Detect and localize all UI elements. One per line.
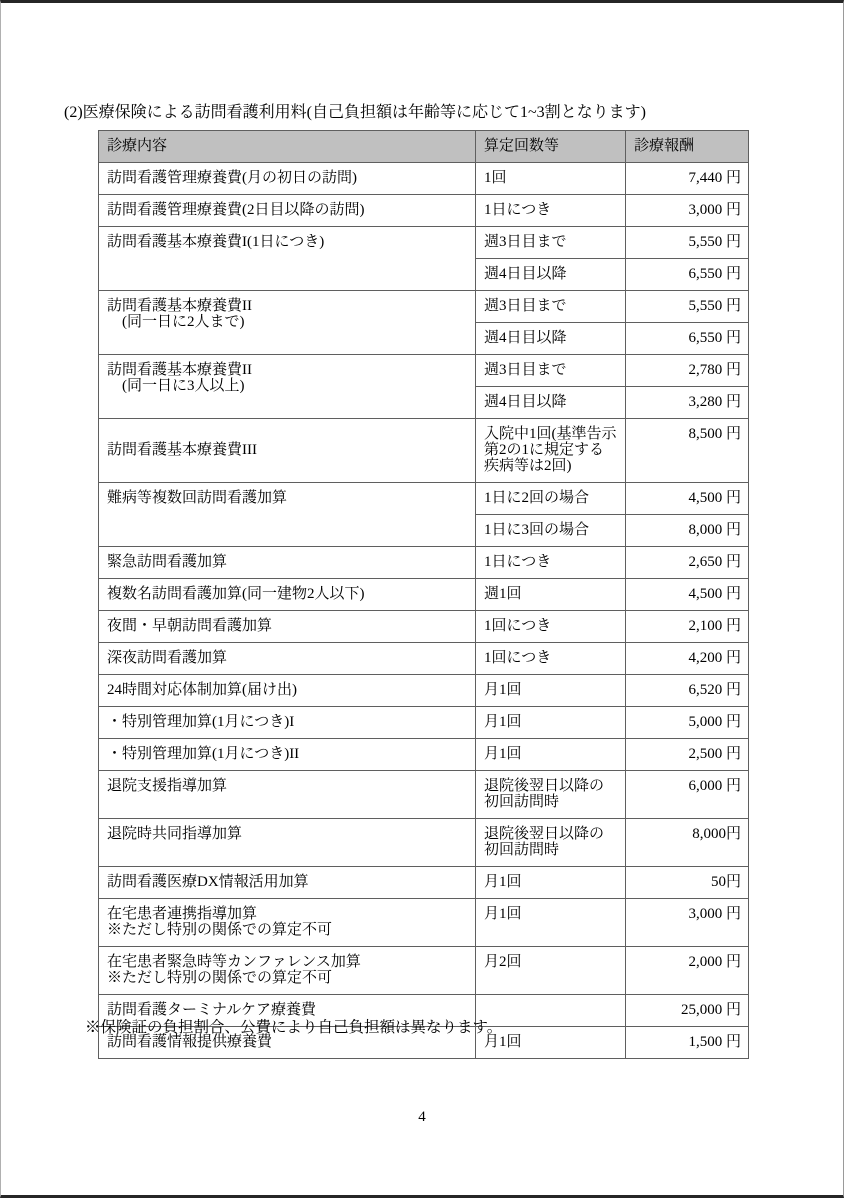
count-cell: 月2回 bbox=[476, 947, 626, 995]
fee-cell: 8,000 円 bbox=[626, 515, 749, 547]
count-cell: 1日に3回の場合 bbox=[476, 515, 626, 547]
service-name-cell: 深夜訪問看護加算 bbox=[99, 643, 476, 675]
fee-cell: 7,440 円 bbox=[626, 163, 749, 195]
service-name-cell: 緊急訪問看護加算 bbox=[99, 547, 476, 579]
fee-cell: 3,280 円 bbox=[626, 387, 749, 419]
table-row: 訪問看護基本療養費II (同一日に2人まで)週3日目まで5,550 円 bbox=[99, 291, 749, 323]
service-name-cell: 24時間対応体制加算(届け出) bbox=[99, 675, 476, 707]
service-name: 退院時共同指導加算 bbox=[107, 826, 467, 842]
service-name: ・特別管理加算(1月につき)II bbox=[107, 746, 467, 762]
service-name-cell: 在宅患者連携指導加算※ただし特別の関係での算定不可 bbox=[99, 899, 476, 947]
fee-cell: 2,650 円 bbox=[626, 547, 749, 579]
count-cell: 月1回 bbox=[476, 707, 626, 739]
col-header-fee: 診療報酬 bbox=[626, 131, 749, 163]
service-name-cell: 訪問看護管理療養費(2日目以降の訪問) bbox=[99, 195, 476, 227]
fee-cell: 3,000 円 bbox=[626, 195, 749, 227]
fee-cell: 8,500 円 bbox=[626, 419, 749, 483]
service-name-cell: 訪問看護基本療養費II (同一日に3人以上) bbox=[99, 355, 476, 419]
service-name: 24時間対応体制加算(届け出) bbox=[107, 682, 467, 698]
section-title: (2)医療保険による訪問看護利用料(自己負担額は年齢等に応じて1~3割となります… bbox=[64, 104, 646, 122]
fee-cell: 2,780 円 bbox=[626, 355, 749, 387]
count-cell: 月1回 bbox=[476, 675, 626, 707]
fee-cell: 6,000 円 bbox=[626, 771, 749, 819]
table-row: 在宅患者連携指導加算※ただし特別の関係での算定不可月1回3,000 円 bbox=[99, 899, 749, 947]
count-cell: 1回につき bbox=[476, 611, 626, 643]
fee-cell: 25,000 円 bbox=[626, 995, 749, 1027]
service-name: 緊急訪問看護加算 bbox=[107, 554, 467, 570]
table-row: ・特別管理加算(1月につき)II月1回2,500 円 bbox=[99, 739, 749, 771]
service-name-cell: 退院時共同指導加算 bbox=[99, 819, 476, 867]
table-row: 退院時共同指導加算退院後翌日以降の初回訪問時8,000円 bbox=[99, 819, 749, 867]
service-name-cell: 在宅患者緊急時等カンファレンス加算※ただし特別の関係での算定不可 bbox=[99, 947, 476, 995]
count-cell: 月1回 bbox=[476, 899, 626, 947]
fee-cell: 2,500 円 bbox=[626, 739, 749, 771]
count-cell: 週3日目まで bbox=[476, 355, 626, 387]
col-header-service: 診療内容 bbox=[99, 131, 476, 163]
service-name-cell: 難病等複数回訪問看護加算 bbox=[99, 483, 476, 547]
service-name: 在宅患者連携指導加算 bbox=[107, 906, 467, 922]
count-cell: 1日につき bbox=[476, 547, 626, 579]
count-cell: 週3日目まで bbox=[476, 227, 626, 259]
col-header-count: 算定回数等 bbox=[476, 131, 626, 163]
service-name: 夜間・早朝訪問看護加算 bbox=[107, 618, 467, 634]
table-row: 訪問看護医療DX情報活用加算月1回50円 bbox=[99, 867, 749, 899]
service-name: 訪問看護管理療養費(月の初日の訪問) bbox=[107, 170, 467, 186]
count-cell: 週3日目まで bbox=[476, 291, 626, 323]
fee-cell: 8,000円 bbox=[626, 819, 749, 867]
count-cell: 1日につき bbox=[476, 195, 626, 227]
service-note: ※ただし特別の関係での算定不可 bbox=[107, 922, 467, 938]
service-name: 訪問看護基本療養費I(1日につき) bbox=[107, 234, 467, 250]
count-cell: 月1回 bbox=[476, 867, 626, 899]
service-name: 退院支援指導加算 bbox=[107, 778, 467, 794]
fee-cell: 50円 bbox=[626, 867, 749, 899]
fee-table-body: 訪問看護管理療養費(月の初日の訪問)1回7,440 円訪問看護管理療養費(2日目… bbox=[99, 163, 749, 1059]
document-page: (2)医療保険による訪問看護利用料(自己負担額は年齢等に応じて1~3割となります… bbox=[0, 0, 844, 1198]
count-cell: 月1回 bbox=[476, 739, 626, 771]
fee-cell: 2,100 円 bbox=[626, 611, 749, 643]
service-name-cell: 訪問看護基本療養費III bbox=[99, 419, 476, 483]
fee-cell: 6,550 円 bbox=[626, 259, 749, 291]
count-cell: 週4日目以降 bbox=[476, 259, 626, 291]
fee-cell: 5,550 円 bbox=[626, 291, 749, 323]
table-row: 訪問看護基本療養費I(1日につき)週3日目まで5,550 円 bbox=[99, 227, 749, 259]
fee-cell: 4,200 円 bbox=[626, 643, 749, 675]
fee-cell: 3,000 円 bbox=[626, 899, 749, 947]
table-row: 訪問看護基本療養費III入院中1回(基準告示第2の1に規定する疾病等は2回)8,… bbox=[99, 419, 749, 483]
service-name: 訪問看護基本療養費II bbox=[107, 298, 467, 314]
count-cell: 退院後翌日以降の初回訪問時 bbox=[476, 819, 626, 867]
fee-cell: 2,000 円 bbox=[626, 947, 749, 995]
table-header-row: 診療内容 算定回数等 診療報酬 bbox=[99, 131, 749, 163]
table-row: 退院支援指導加算退院後翌日以降の初回訪問時6,000 円 bbox=[99, 771, 749, 819]
table-row: 深夜訪問看護加算1回につき4,200 円 bbox=[99, 643, 749, 675]
service-name: 訪問看護基本療養費III bbox=[107, 442, 467, 458]
fee-cell: 5,000 円 bbox=[626, 707, 749, 739]
service-name-cell: 訪問看護管理療養費(月の初日の訪問) bbox=[99, 163, 476, 195]
service-name: 訪問看護医療DX情報活用加算 bbox=[107, 874, 467, 890]
fee-cell: 6,520 円 bbox=[626, 675, 749, 707]
service-name-cell: 複数名訪問看護加算(同一建物2人以下) bbox=[99, 579, 476, 611]
fee-cell: 5,550 円 bbox=[626, 227, 749, 259]
table-row: 夜間・早朝訪問看護加算1回につき2,100 円 bbox=[99, 611, 749, 643]
service-name: 複数名訪問看護加算(同一建物2人以下) bbox=[107, 586, 467, 602]
service-name-cell: 訪問看護基本療養費II (同一日に2人まで) bbox=[99, 291, 476, 355]
table-row: 難病等複数回訪問看護加算1日に2回の場合4,500 円 bbox=[99, 483, 749, 515]
fee-cell: 6,550 円 bbox=[626, 323, 749, 355]
footnote: ※保険証の負担割合、公費により自己負担額は異なります。 bbox=[85, 1019, 502, 1037]
fee-cell: 1,500 円 bbox=[626, 1027, 749, 1059]
service-name: 難病等複数回訪問看護加算 bbox=[107, 490, 467, 506]
service-note: (同一日に3人以上) bbox=[107, 378, 467, 394]
service-name-cell: 訪問看護医療DX情報活用加算 bbox=[99, 867, 476, 899]
table-row: 訪問看護基本療養費II (同一日に3人以上)週3日目まで2,780 円 bbox=[99, 355, 749, 387]
count-cell: 週1回 bbox=[476, 579, 626, 611]
table-row: 24時間対応体制加算(届け出)月1回6,520 円 bbox=[99, 675, 749, 707]
service-name-cell: ・特別管理加算(1月につき)I bbox=[99, 707, 476, 739]
table-row: 複数名訪問看護加算(同一建物2人以下)週1回4,500 円 bbox=[99, 579, 749, 611]
service-name: 訪問看護ターミナルケア療養費 bbox=[107, 1002, 467, 1018]
count-cell: 週4日目以降 bbox=[476, 323, 626, 355]
table-row: 緊急訪問看護加算1日につき2,650 円 bbox=[99, 547, 749, 579]
page-number: 4 bbox=[1, 1109, 843, 1126]
fee-cell: 4,500 円 bbox=[626, 483, 749, 515]
service-name: ・特別管理加算(1月につき)I bbox=[107, 714, 467, 730]
table-row: 訪問看護管理療養費(2日目以降の訪問)1日につき3,000 円 bbox=[99, 195, 749, 227]
count-cell: 1日に2回の場合 bbox=[476, 483, 626, 515]
fee-cell: 4,500 円 bbox=[626, 579, 749, 611]
count-cell: 1回につき bbox=[476, 643, 626, 675]
count-cell: 1回 bbox=[476, 163, 626, 195]
service-name-cell: 訪問看護基本療養費I(1日につき) bbox=[99, 227, 476, 291]
table-row: ・特別管理加算(1月につき)I月1回5,000 円 bbox=[99, 707, 749, 739]
table-row: 訪問看護管理療養費(月の初日の訪問)1回7,440 円 bbox=[99, 163, 749, 195]
service-name: 在宅患者緊急時等カンファレンス加算 bbox=[107, 954, 467, 970]
count-cell: 入院中1回(基準告示第2の1に規定する疾病等は2回) bbox=[476, 419, 626, 483]
count-cell: 週4日目以降 bbox=[476, 387, 626, 419]
service-note: (同一日に2人まで) bbox=[107, 314, 467, 330]
service-name-cell: ・特別管理加算(1月につき)II bbox=[99, 739, 476, 771]
count-cell: 退院後翌日以降の初回訪問時 bbox=[476, 771, 626, 819]
service-note: ※ただし特別の関係での算定不可 bbox=[107, 970, 467, 986]
service-name: 訪問看護基本療養費II bbox=[107, 362, 467, 378]
table-row: 在宅患者緊急時等カンファレンス加算※ただし特別の関係での算定不可月2回2,000… bbox=[99, 947, 749, 995]
service-name-cell: 夜間・早朝訪問看護加算 bbox=[99, 611, 476, 643]
service-name: 深夜訪問看護加算 bbox=[107, 650, 467, 666]
service-name-cell: 退院支援指導加算 bbox=[99, 771, 476, 819]
service-name: 訪問看護管理療養費(2日目以降の訪問) bbox=[107, 202, 467, 218]
fee-table: 診療内容 算定回数等 診療報酬 訪問看護管理療養費(月の初日の訪問)1回7,44… bbox=[98, 130, 749, 1059]
